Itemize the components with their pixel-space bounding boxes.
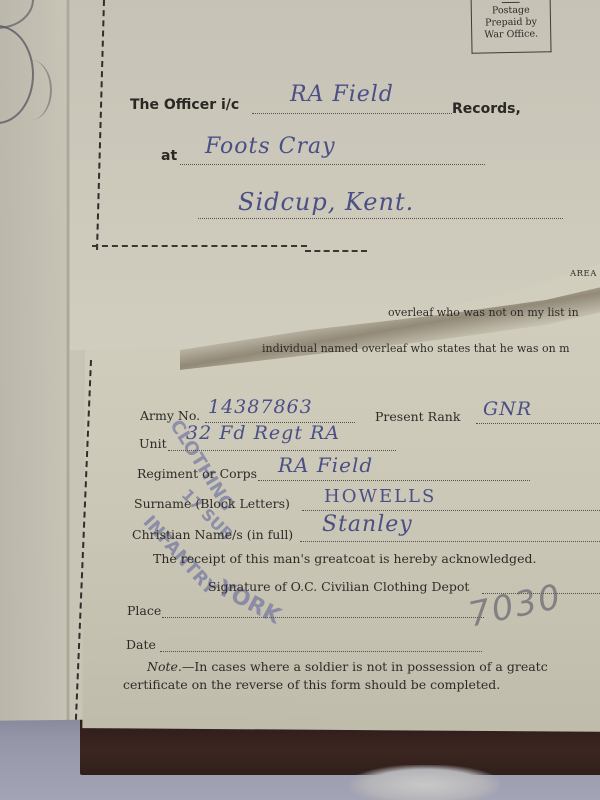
divider: [502, 2, 520, 3]
officer-dotted-line: [252, 113, 452, 114]
place-dotted-line: [162, 617, 484, 618]
note-lead: Note.: [147, 659, 182, 674]
date-dotted-line: [160, 651, 482, 652]
regiment-label: Regiment or Corps: [137, 466, 257, 481]
unit-dotted-line: [168, 450, 396, 451]
place-label: Place: [127, 603, 161, 618]
at-label: at: [161, 148, 177, 164]
torn-text-line: individual named overleaf who states tha…: [262, 342, 570, 355]
note-line-1: Note.—In cases where a soldier is not in…: [147, 659, 548, 674]
christian-name-value: Stanley: [322, 512, 413, 537]
regiment-dotted-line: [258, 480, 530, 481]
at-dotted-line: [180, 164, 485, 165]
document-photo: Postage Prepaid by War Office. The Offic…: [0, 0, 600, 800]
rank-value: GNR: [483, 398, 532, 420]
perforation-horizontal: [305, 250, 367, 252]
postage-line: War Office.: [472, 28, 550, 41]
receipt-text: The receipt of this man's greatcoat is h…: [153, 551, 536, 566]
army-no-label: Army No.: [140, 408, 200, 423]
army-no-value: 14387863: [208, 396, 313, 418]
location-dotted-line: [198, 218, 563, 219]
regiment-value: RA Field: [278, 453, 373, 477]
unit-value: 32 Fd Regt RA: [186, 422, 340, 444]
records-label: Records,: [452, 101, 521, 117]
surname-dotted-line: [302, 510, 600, 511]
note-line-2: certificate on the reverse of this form …: [123, 677, 500, 692]
date-label: Date: [126, 637, 156, 652]
note-text: —In cases where a soldier is not in poss…: [182, 659, 548, 674]
signature-label: Signature of O.C. Civilian Clothing Depo…: [208, 579, 469, 594]
fold-line: [66, 0, 70, 720]
surname-value: HOWELLS: [324, 486, 436, 507]
surname-label: Surname (Block Letters): [134, 496, 290, 511]
officer-label: The Officer i/c: [130, 97, 239, 113]
area-label: AREA: [570, 269, 597, 279]
christian-name-dotted-line: [300, 541, 600, 542]
christian-name-label: Christian Name/s (in full): [132, 527, 293, 542]
gauze-fabric: [350, 765, 500, 800]
rank-label: Present Rank: [375, 409, 460, 424]
officer-value: RA Field: [290, 82, 394, 107]
unit-label: Unit: [139, 436, 167, 451]
perforation-horizontal: [92, 245, 307, 247]
rank-dotted-line: [476, 423, 600, 424]
postage-box: Postage Prepaid by War Office.: [470, 0, 551, 54]
torn-text-line: overleaf who was not on my list in: [388, 306, 579, 319]
at-value: Foots Cray: [205, 134, 336, 159]
location-value: Sidcup, Kent.: [238, 188, 414, 216]
postmark-arc-icon: [10, 60, 52, 120]
